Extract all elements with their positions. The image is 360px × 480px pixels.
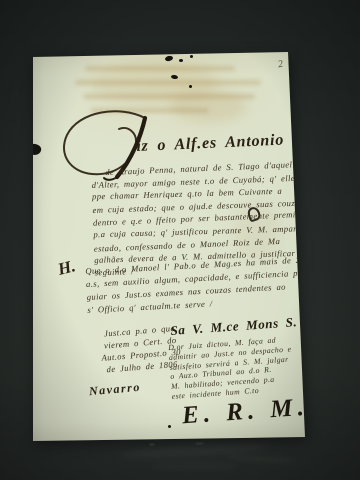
- ink-speck: [189, 85, 192, 88]
- signature-dot: [168, 425, 171, 428]
- background-speck: [195, 442, 204, 446]
- bleedthrough-line: [85, 66, 235, 71]
- background-scuff: [118, 442, 268, 460]
- bleedthrough-line: [75, 80, 261, 85]
- paper-sheet: 2 iz o Alf.es Antonio José de Araujo Pen…: [33, 52, 306, 442]
- background-speck: [149, 443, 155, 446]
- manuscript-photo: 2 iz o Alf.es Antonio José de Araujo Pen…: [0, 0, 360, 480]
- background-scuff: [150, 462, 240, 470]
- despacho-body: D.or Juiz dictou, M. faça ad admittir ao…: [168, 333, 317, 402]
- bleedthrough-line: [83, 94, 255, 99]
- ink-speck: [190, 55, 193, 58]
- background-scuff: [225, 454, 295, 465]
- ink-speck: [179, 59, 183, 62]
